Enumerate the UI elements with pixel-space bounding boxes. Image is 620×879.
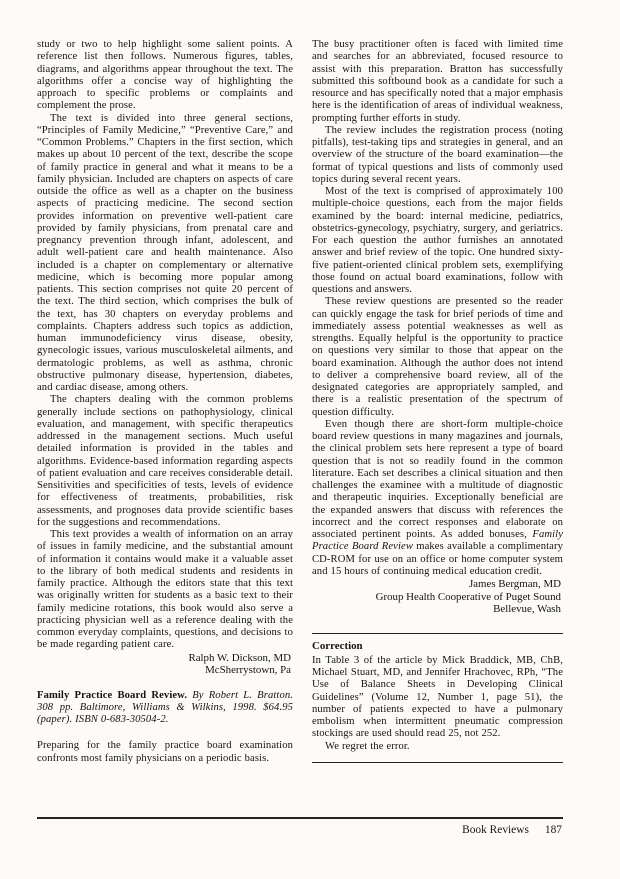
page-number: 187	[545, 824, 562, 836]
correction-top-rule	[312, 633, 563, 634]
text-segment-normal: Most of the text is comprised of approxi…	[312, 186, 563, 295]
left-column: study or two to help highlight some sali…	[37, 39, 293, 765]
book-review-page: study or two to help highlight some sali…	[0, 0, 620, 879]
text-segment-normal: Preparing for the family practice board …	[37, 740, 293, 763]
running-footer: Book Reviews187	[37, 824, 563, 837]
review-paragraph-continuation: The busy practitioner often is faced wit…	[312, 39, 563, 125]
signature-line: Ralph W. Dickson, MD	[37, 652, 291, 665]
review-paragraph-continuation: study or two to help highlight some sali…	[37, 39, 293, 113]
review-paragraph-opening: Preparing for the family practice board …	[37, 740, 293, 765]
review-paragraph: Even though there are short-form multipl…	[312, 419, 563, 578]
text-segment-normal: Even though there are short-form multipl…	[312, 419, 563, 540]
review-paragraph: This text provides a wealth of informati…	[37, 529, 293, 652]
reviewer-signature-bergman: James Bergman, MDGroup Health Cooperativ…	[312, 578, 563, 616]
text-segment-normal: The text is divided into three general s…	[37, 113, 293, 394]
text-segment-normal: These review questions are presented so …	[312, 296, 563, 417]
text-segment-normal: We regret the error.	[325, 741, 410, 752]
signature-line: McSherrystown, Pa	[37, 664, 291, 677]
text-segment-bold: Family Practice Board Review.	[37, 690, 187, 701]
review-paragraph: The chapters dealing with the common pro…	[37, 394, 293, 529]
reviewer-signature-dickson: Ralph W. Dickson, MDMcSherrystown, Pa	[37, 652, 293, 677]
review-paragraph: The review includes the registration pro…	[312, 125, 563, 186]
text-segment-normal: In Table 3 of the article by Mick Braddi…	[312, 655, 563, 740]
signature-line: Bellevue, Wash	[312, 603, 561, 616]
footer-section-label: Book Reviews	[462, 824, 529, 836]
correction-paragraph: In Table 3 of the article by Mick Braddi…	[312, 655, 563, 741]
right-column: The busy practitioner often is faced wit…	[312, 39, 563, 765]
text-columns: study or two to help highlight some sali…	[37, 39, 563, 765]
correction-apology: We regret the error.	[312, 741, 563, 753]
text-segment-normal: study or two to help highlight some sali…	[37, 39, 293, 111]
text-segment-normal: The review includes the registration pro…	[312, 125, 563, 185]
text-segment-normal: The busy practitioner often is faced wit…	[312, 39, 563, 124]
text-segment-normal: This text provides a wealth of informati…	[37, 529, 293, 650]
signature-line: Group Health Cooperative of Puget Sound	[312, 591, 561, 604]
review-paragraph: Most of the text is comprised of approxi…	[312, 186, 563, 296]
page-footer: Book Reviews187	[37, 817, 563, 837]
book-citation: Family Practice Board Review. By Robert …	[37, 690, 293, 727]
review-paragraph: The text is divided into three general s…	[37, 113, 293, 395]
correction-bottom-rule	[312, 762, 563, 763]
correction-heading: Correction	[312, 640, 563, 653]
signature-line: James Bergman, MD	[312, 578, 561, 591]
review-paragraph: These review questions are presented so …	[312, 296, 563, 419]
text-segment-normal: The chapters dealing with the common pro…	[37, 394, 293, 528]
